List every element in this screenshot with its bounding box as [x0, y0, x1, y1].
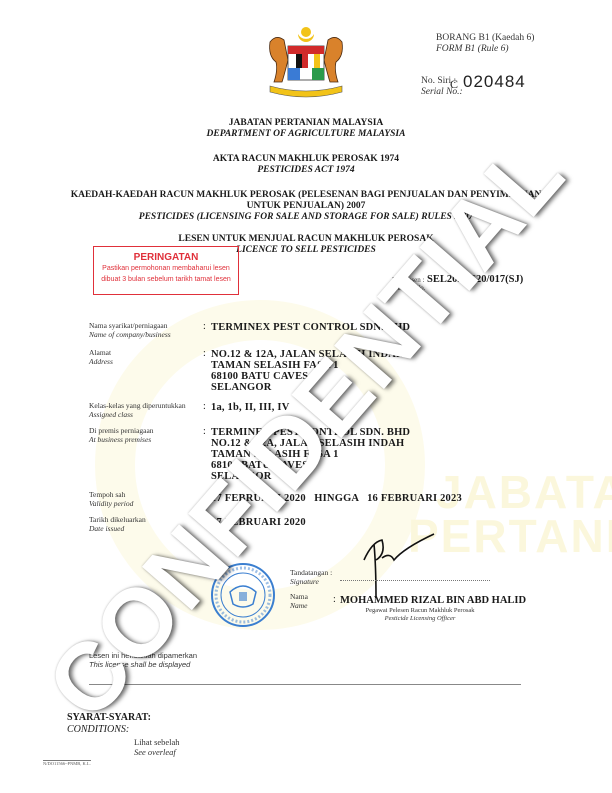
address-label: Alamat Address [89, 349, 113, 366]
see-overleaf: Lihat sebelah See overleaf [134, 737, 180, 757]
coat-of-arms-icon [262, 24, 350, 100]
officer-name: MOHAMMED RIZAL BIN ABD HALID [340, 595, 526, 606]
officer-title-en: Pesticide Licensing Officer [340, 615, 500, 623]
see-overleaf-ms: Lihat sebelah [134, 737, 180, 747]
warning-stamp: PERINGATAN Pastikan permohonan membaharu… [93, 246, 239, 295]
printer-code: N/DO11566~PNMB, K.L. [43, 760, 91, 766]
signature-label-en: Signature [290, 578, 332, 587]
see-overleaf-en: See overleaf [134, 747, 180, 757]
colon: : [203, 321, 206, 332]
class-label: Kelas-kelas yang diperuntukkan Assigned … [89, 402, 186, 419]
company-label: Nama syarikat/perniagaan Name of company… [89, 322, 171, 339]
class-label-en: Assigned class [89, 411, 186, 420]
validity-label-en: Validity period [89, 500, 133, 509]
colon: : [203, 401, 206, 412]
form-ref-en: FORM B1 (Rule 6) [436, 44, 534, 55]
name-label-en: Name [290, 602, 308, 611]
warning-line2: dibuat 3 bulan sebelum tarikh tamat lese… [94, 276, 238, 285]
validity-label: Tempoh sah Validity period [89, 491, 133, 508]
serial-number: 020484 [463, 72, 526, 92]
colon: : [203, 426, 206, 437]
premises-label-en: At business premises [89, 436, 154, 445]
premises-label: Di premis perniagaan At business premise… [89, 427, 154, 444]
name-label: Nama Name [290, 593, 308, 610]
issued-label-en: Date issued [89, 525, 146, 534]
dept-name-ms: JABATAN PERTANIAN MALAYSIA [0, 118, 612, 129]
serial-prefix: C [450, 77, 458, 92]
form-ref-ms: BORANG B1 (Kaedah 6) [436, 33, 534, 44]
background-watermark-line1: JABATAN [408, 470, 612, 514]
signature-scribble-icon [360, 530, 440, 600]
officer-title: Pegawai Pelesen Racun Makhluk Perosak Pe… [340, 607, 500, 623]
address-label-en: Address [89, 358, 113, 367]
company-label-en: Name of company/business [89, 331, 171, 340]
warning-title: PERINGATAN [94, 252, 238, 263]
warning-line1: Pastikan permohonan membaharui lesen [94, 265, 238, 274]
form-reference: BORANG B1 (Kaedah 6) FORM B1 (Rule 6) [436, 33, 534, 55]
colon: : [203, 348, 206, 359]
officer-title-ms: Pegawai Pelesen Racun Makhluk Perosak [340, 607, 500, 615]
colon: : [333, 594, 336, 605]
issued-label: Tarikh dikeluarkan Date issued [89, 516, 146, 533]
signature-line [340, 580, 490, 581]
signature-label: Tandatangan : Signature [290, 569, 332, 586]
